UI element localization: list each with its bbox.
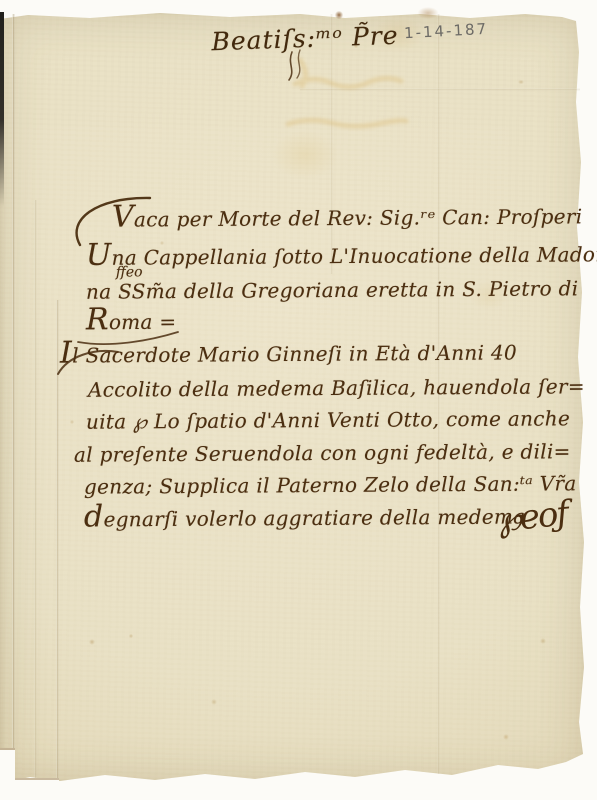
manuscript-line-10: degnarſi volerlo aggratiare della medema: [84, 504, 526, 531]
manuscript-line-4: Roma =: [86, 310, 177, 335]
photo-edge-shadow: [0, 12, 4, 207]
manuscript-line-2: Una Cappellania ſotto L'Inuocatione dell…: [86, 242, 597, 270]
manuscript-line-3: na SSm̃a della Gregoriana eretta in S. P…: [86, 276, 578, 303]
manuscript-line-5: Il Sacerdote Mario Ginneſi in Età d'Anni…: [60, 340, 517, 367]
manuscript-line-3-text: na SSm̃a della Gregoriana eretta in S. P…: [86, 276, 578, 303]
under-leaf-edge-1: [0, 748, 15, 800]
manuscript-line-1: Vaca per Morte del Rev: Sig.ʳᵉ Can: Proſ…: [112, 204, 583, 231]
under-leaf-edge-2: [15, 778, 59, 800]
manuscript-line-7: uita ℘ Lo ſpatio d'Anni Venti Otto, come…: [86, 406, 570, 433]
interlinear-insertion: ffeo: [116, 264, 143, 280]
manuscript-line-9: genza; Supplica il Paterno Zelo della Sa…: [84, 471, 577, 498]
manuscript-line-8: al preſente Seruendola con ogni fedeltà,…: [74, 439, 571, 466]
photo-backdrop: Beatiſs:ᵐᵒ P̃re 1-14-187 Vaca per Morte …: [0, 0, 597, 800]
manuscript-line-6: Accolito della medema Baſilica, hauendol…: [88, 374, 585, 401]
end-flourish: ℘eoƒ: [496, 494, 569, 541]
